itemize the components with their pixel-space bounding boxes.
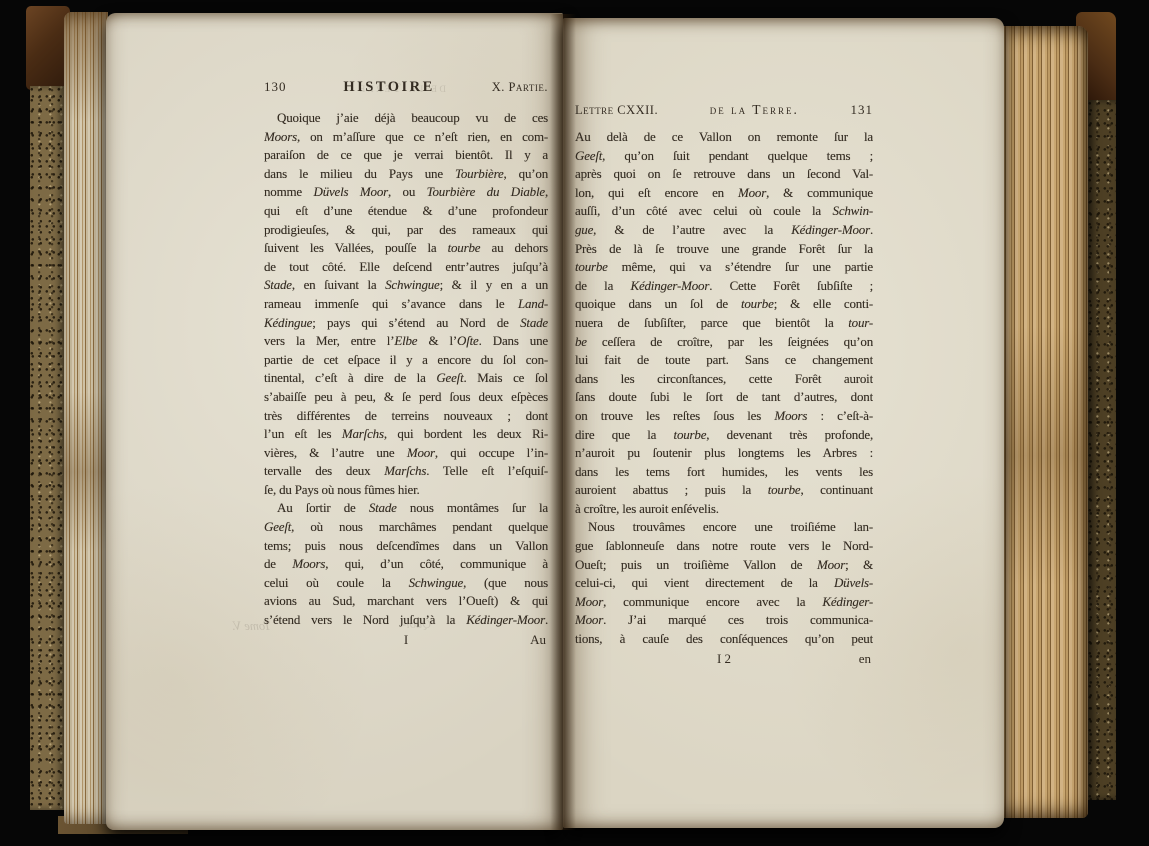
left-text-block: 130 HISTOIRE X. Partie. Quoique j’aie dé…: [264, 79, 548, 651]
text-line: tervalle des deux Marſchs. Telle eſt l’e…: [264, 462, 548, 481]
text-line: ſans doute ſubi le ſort de tant d’autres…: [575, 388, 873, 407]
right-fore-edge: [1000, 26, 1088, 818]
running-title: HISTOIRE: [343, 79, 434, 96]
right-board-edge: [1088, 100, 1116, 800]
paragraph: Au delà de ce Vallon on remonte ſur laGe…: [575, 128, 873, 518]
gutter-shadow: [550, 14, 576, 830]
text-line: de Moors, qui, d’un côté, communique à: [264, 555, 548, 574]
text-line: nuera de ſubſiſter, parce que bientôt la…: [575, 314, 873, 333]
text-line: Stade, en ſuivant la Schwingue; & il y e…: [264, 276, 548, 295]
text-line: après quoi on ſe retrouve dans un ſecond…: [575, 165, 873, 184]
text-line: celui où coule la Schwingue, (que nous: [264, 574, 548, 593]
text-line: nomme Düvels Moor, ou Tourbière du Diabl…: [264, 183, 548, 202]
text-line: vières, & l’autre une Moor, qui occupe l…: [264, 444, 548, 463]
text-line: de la Kédinger-Moor. Cette Forêt ſubſiſt…: [575, 277, 873, 296]
text-line: ſuivent les Vallées, pouſſe la tourbe au…: [264, 239, 548, 258]
text-line: quoique dans un ſol de tourbe; & elle co…: [575, 295, 873, 314]
signature-mark: I 2: [717, 651, 731, 667]
text-line: Moor. J’ai marqué ces trois communica-: [575, 611, 873, 630]
text-line: de tout côté. Elle deſcend entr’autres j…: [264, 258, 548, 277]
text-line: dans les tems fort humides, les vents le…: [575, 463, 873, 482]
text-line: gue ſablonneuſe dans notre route vers le…: [575, 537, 873, 556]
paragraph: Quoique j’aie déjà beaucoup vu de cesMoo…: [264, 109, 548, 499]
text-line: Geeſt, qu’on ſuit pendant quelque tems ;: [575, 147, 873, 166]
text-line: be ceſſera de croître, par les ſeignées …: [575, 333, 873, 352]
text-line: s’abaiſſe peu à peu, & ſe perd ſous deux…: [264, 388, 548, 407]
text-line: lui fait de toute part. Sans ce changeme…: [575, 351, 873, 370]
text-line: gue, & de l’autre avec la Kédinger-Moor.: [575, 221, 873, 240]
paragraph: Nous trouvâmes encore une troiſiéme lan-…: [575, 518, 873, 648]
signature-mark: I: [404, 632, 408, 648]
text-line: Au delà de ce Vallon on remonte ſur la: [575, 128, 873, 147]
text-line: très différentes de terreins nouveaux ; …: [264, 407, 548, 426]
text-line: dans le milieu du Pays une Tourbière, qu…: [264, 165, 548, 184]
catchword: en: [859, 651, 871, 667]
part-label: X. Partie.: [492, 80, 548, 95]
running-header: Lettre CXXII. de la Terre. 131: [575, 102, 873, 120]
right-page: Lettre CXXII. de la Terre. 131 Au delà d…: [563, 18, 1004, 828]
text-line: rameau immenſe qui s’avance dans le Land…: [264, 295, 548, 314]
running-title: de la Terre.: [710, 102, 799, 118]
text-line: l’un eſt les Marſchs, qui bordent les de…: [264, 425, 548, 444]
signature-row: I 2 en: [575, 651, 873, 670]
text-line: vers la Mer, entre l’Elbe & l’Oſte. Dans…: [264, 332, 548, 351]
text-line: partie de cet eſpace il y a encore du ſo…: [264, 351, 548, 370]
text-line: auſſi, d’un côté avec celui où coule la …: [575, 202, 873, 221]
text-line: ſe, du Pays où nous fûmes hier.: [264, 481, 548, 500]
text-line: Au ſortir de Stade nous montâmes ſur la: [264, 499, 548, 518]
page-number: 131: [850, 102, 873, 118]
chapter-label: Lettre CXXII.: [575, 103, 658, 118]
text-line: n’auroit pu ſoutenir plus longtems les A…: [575, 444, 873, 463]
text-line: Moor, communique encore avec la Kédinger…: [575, 593, 873, 612]
text-line: qui eſt d’une étendue & d’une profondeur: [264, 202, 548, 221]
signature-row: I Au: [264, 632, 548, 651]
text-line: on trouve les reſtes ſous les Moors : c’…: [575, 407, 873, 426]
book-photograph: de la Terre Tome V. Quoi- 130 HISTOIRE X…: [0, 0, 1149, 846]
text-line: à croître, les auroit enſévelis.: [575, 500, 873, 519]
left-fore-edge: [64, 12, 108, 824]
text-line: auroient abattus ; puis la tourbe, conti…: [575, 481, 873, 500]
left-board-edge: [30, 86, 66, 810]
text-line: celui-ci, qui vient directement de la Dü…: [575, 574, 873, 593]
text-block: Quoique j’aie déjà beaucoup vu de cesMoo…: [264, 109, 548, 630]
text-block: Au delà de ce Vallon on remonte ſur laGe…: [575, 128, 873, 649]
paragraph: Au ſortir de Stade nous montâmes ſur laG…: [264, 499, 548, 629]
text-line: Kédingue; pays qui s’étend au Nord de St…: [264, 314, 548, 333]
text-line: paraiſon de ce que je verrai bientôt. Il…: [264, 146, 548, 165]
catchword: Au: [530, 632, 546, 648]
text-line: dire que la tourbe, devenant très profon…: [575, 426, 873, 445]
text-line: prodigieuſes, & qui, par des rameaux qui: [264, 221, 548, 240]
running-header: 130 HISTOIRE X. Partie.: [264, 79, 548, 97]
text-line: tems; puis nous deſcendîmes dans un Vall…: [264, 537, 548, 556]
text-line: s’étend vers le Nord juſqu’à la Kédinger…: [264, 611, 548, 630]
text-line: Près de là ſe trouve une grande Forêt ſu…: [575, 240, 873, 259]
right-text-block: Lettre CXXII. de la Terre. 131 Au delà d…: [575, 102, 873, 670]
page-number: 130: [264, 79, 287, 95]
text-line: tions, à cauſe des conſéquences qu’on pe…: [575, 630, 873, 649]
text-line: Quoique j’aie déjà beaucoup vu de ces: [264, 109, 548, 128]
text-line: Moors, on m’aſſure que ce n’eſt rien, en…: [264, 128, 548, 147]
text-line: Oueſt; puis un troiſième Vallon de Moor;…: [575, 556, 873, 575]
text-line: tinental, c’eſt à dire de la Geeſt. Mais…: [264, 369, 548, 388]
text-line: Nous trouvâmes encore une troiſiéme lan-: [575, 518, 873, 537]
left-page: de la Terre Tome V. Quoi- 130 HISTOIRE X…: [106, 13, 563, 830]
text-line: tourbe même, qui va s’étendre ſur une pa…: [575, 258, 873, 277]
text-line: dans les circonſtances, cette Forêt auro…: [575, 370, 873, 389]
text-line: Geeſt, où nous marchâmes pendant quelque: [264, 518, 548, 537]
text-line: lon, qui eſt encore en Moor, & communiqu…: [575, 184, 873, 203]
text-line: avions au Sud, marchant vers l’Oueſt) & …: [264, 592, 548, 611]
